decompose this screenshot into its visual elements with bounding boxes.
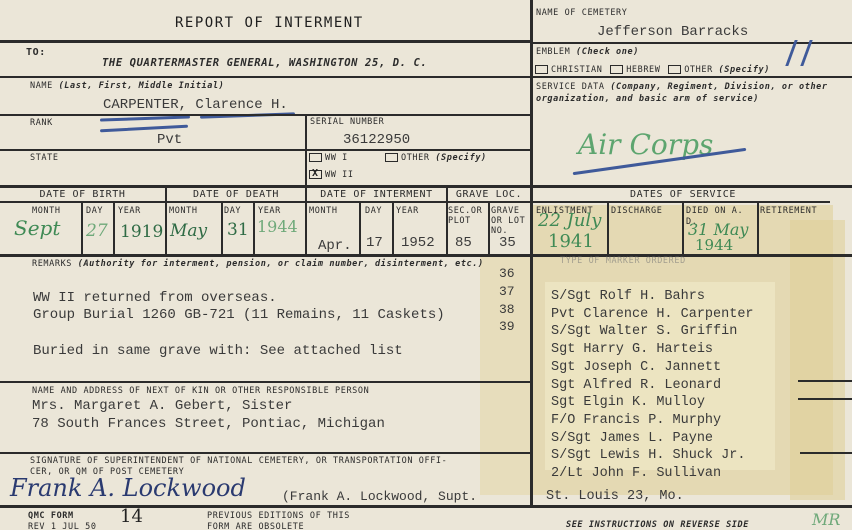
divider [0, 381, 531, 383]
list-item: Sgt Joseph C. Jannett [551, 359, 754, 377]
divider [757, 201, 759, 254]
rank-value: Pvt [157, 132, 182, 148]
divider [0, 76, 531, 78]
service-data-label: SERVICE DATA (Company, Regiment, Divisio… [536, 81, 836, 105]
dod-year-label: YEAR [258, 206, 281, 216]
list-item: 2/Lt John F. Sullivan [551, 465, 754, 483]
signature-label-1: SIGNATURE OF SUPERINTENDENT OF NATIONAL … [30, 456, 447, 466]
dob-year-value: 1919 [120, 222, 163, 242]
hebrew-checkbox[interactable] [610, 65, 623, 74]
list-item: S/Sgt Lewis H. Shuck Jr. [551, 447, 754, 465]
qmc-form-label: QMC FORM [28, 511, 74, 521]
list-item: S/Sgt Walter S. Griffin [551, 323, 754, 341]
list-item: Sgt Alfred R. Leonard [551, 377, 754, 395]
divider [253, 201, 255, 254]
cemetery-label: NAME OF CEMETERY [536, 8, 627, 18]
doi-month-label: MONTH [309, 206, 338, 216]
remarks-line-3: Buried in same grave with: See attached … [33, 343, 403, 359]
typed-signature: (Frank A. Lockwood, Supt. [282, 489, 477, 504]
extra-grave-39: 39 [499, 319, 515, 334]
list-item: Pvt Clarence H. Carpenter [551, 306, 754, 324]
dod-day-label: DAY [224, 206, 241, 216]
section-value: 85 [455, 235, 472, 251]
ww1-checkbox[interactable] [309, 153, 322, 162]
divider [488, 201, 490, 254]
divider [392, 201, 394, 254]
divider [0, 114, 531, 116]
handwritten-signature: Frank A. Lockwood [10, 474, 246, 502]
christian-label: CHRISTIAN [551, 65, 602, 75]
other-emblem-label: OTHER [684, 65, 713, 75]
dod-month-label: MONTH [169, 206, 198, 216]
remarks-label-text: REMARKS [32, 259, 72, 269]
dob-label: DATE OF BIRTH [0, 189, 165, 200]
name-label: NAME (Last, First, Middle Initial) [30, 81, 224, 91]
emblem-label-hint: (Check one) [576, 47, 639, 57]
dod-year-value: 1944 [257, 217, 298, 236]
name-label-hint: (Last, First, Middle Initial) [59, 81, 225, 91]
dob-day-label: DAY [86, 206, 103, 216]
list-item: Sgt Elgin K. Mulloy [551, 394, 754, 412]
ww1-label: WW I [325, 153, 348, 163]
war-option-other[interactable]: OTHER (Specify) [385, 153, 487, 163]
divider [221, 201, 223, 254]
form-revision: REV 1 JUL 50 [28, 522, 97, 530]
tape-strip [790, 220, 845, 500]
extra-grave-38: 38 [499, 302, 515, 317]
name-label-text: NAME [30, 81, 53, 91]
other-emblem-checkbox[interactable] [668, 65, 681, 74]
divider [682, 201, 684, 254]
doi-year-value: 1952 [401, 235, 435, 251]
next-of-kin-label: NAME AND ADDRESS OF NEXT OF KIN OR OTHER… [32, 386, 369, 396]
hebrew-label: HEBREW [626, 65, 660, 75]
dob-day-value: 27 [86, 221, 108, 241]
dates-of-service-label: DATES OF SERVICE [533, 189, 833, 200]
list-item: F/O Francis P. Murphy [551, 412, 754, 430]
ww2-label: WW II [325, 170, 354, 180]
instructions-note: SEE INSTRUCTIONS ON REVERSE SIDE [566, 520, 749, 530]
form-title: REPORT OF INTERMENT [175, 15, 364, 31]
remarks-label-hint: (Authority for interment, pension, or cl… [78, 259, 484, 269]
marker-label: TYPE OF MARKER ORDERED [560, 256, 686, 266]
dod-month-value: May [170, 221, 207, 241]
other-war-hint: (Specify) [435, 153, 486, 163]
remarks-label: REMARKS (Authority for interment, pensio… [32, 259, 530, 270]
list-item: S/Sgt James L. Payne [551, 430, 754, 448]
emblem-label: EMBLEM (Check one) [536, 47, 639, 57]
name-value: CARPENTER, Clarence H. [103, 97, 288, 113]
divider [607, 201, 609, 254]
cemetery-value: Jefferson Barracks [597, 24, 748, 40]
interment-report-form: REPORT OF INTERMENT TO: THE QUARTERMASTE… [0, 0, 852, 530]
divider [0, 185, 852, 188]
state-label: STATE [30, 153, 59, 163]
list-item: S/Sgt Rolf H. Bahrs [551, 288, 754, 306]
list-item: Sgt Harry G. Harteis [551, 341, 754, 359]
next-of-kin-line-1: Mrs. Margaret A. Gebert, Sister [32, 398, 292, 414]
war-option-ww2[interactable]: WW II [309, 170, 354, 180]
grave-value: 35 [499, 235, 516, 251]
divider [0, 40, 531, 43]
pen-strike [100, 115, 190, 121]
divider [800, 452, 852, 454]
divider [0, 149, 531, 151]
enlistment-value-2: 1941 [548, 231, 594, 252]
form-number-label: QMC FORM [28, 511, 74, 521]
enlistment-value-1: 22 July [538, 210, 601, 231]
rank-label: RANK [30, 118, 53, 128]
divider [359, 201, 361, 254]
died-value-2: 1944 [695, 236, 733, 254]
service-data-label-text: SERVICE DATA [536, 82, 605, 92]
doi-year-label: YEAR [396, 206, 419, 216]
emblem-options: CHRISTIAN HEBREW OTHER (Specify) [535, 65, 770, 75]
other-war-label: OTHER [401, 153, 430, 163]
dod-day-value: 31 [227, 220, 249, 240]
other-emblem-hint: (Specify) [719, 65, 770, 75]
serial-number-value: 36122950 [343, 132, 410, 148]
dob-month-value: Sept [14, 216, 60, 240]
war-option-ww1[interactable]: WW I [309, 153, 348, 163]
serial-number-label: SERIAL NUMBER [310, 117, 384, 127]
dod-label: DATE OF DEATH [167, 189, 305, 200]
doi-month-value: Apr. [318, 238, 352, 254]
doi-label: DATE OF INTERMENT [307, 189, 446, 200]
divider [798, 380, 852, 382]
grave-label: GRAVE OR LOT NO. [491, 206, 531, 236]
dob-month-label: MONTH [32, 206, 61, 216]
divider [81, 201, 83, 254]
corner-initials: MR [812, 510, 840, 529]
obsolete-note-1: PREVIOUS EDITIONS OF THIS [207, 511, 350, 521]
emblem-label-text: EMBLEM [536, 47, 570, 57]
same-grave-list: S/Sgt Rolf H. Bahrs Pvt Clarence H. Carp… [551, 288, 754, 483]
ww2-checkbox[interactable] [309, 170, 322, 179]
next-of-kin-line-2: 78 South Frances Street, Pontiac, Michig… [32, 416, 385, 432]
other-war-checkbox[interactable] [385, 153, 398, 162]
divider [0, 452, 531, 454]
divider [531, 76, 852, 78]
discharge-label: DISCHARGE [611, 206, 662, 216]
obsolete-note-2: FORM ARE OBSOLETE [207, 522, 304, 530]
form-number: 14 [120, 506, 143, 527]
doi-day-label: DAY [365, 206, 382, 216]
divider [0, 254, 852, 257]
section-label: SEC.OR PLOT [448, 206, 488, 226]
christian-checkbox[interactable] [535, 65, 548, 74]
cemetery-location: St. Louis 23, Mo. [546, 489, 684, 504]
divider [798, 398, 852, 400]
dob-year-label: YEAR [118, 206, 141, 216]
divider [0, 201, 830, 203]
divider [113, 201, 115, 254]
to-label: TO: [26, 47, 46, 58]
extra-grave-37: 37 [499, 284, 515, 299]
extra-grave-36: 36 [499, 266, 515, 281]
doi-day-value: 17 [366, 235, 383, 251]
remarks-line-1: WW II returned from overseas. [33, 290, 277, 306]
retirement-label: RETIREMENT [760, 206, 817, 216]
grave-loc-label: GRAVE LOC. [448, 189, 530, 200]
remarks-line-2: Group Burial 1260 GB-721 (11 Remains, 11… [33, 307, 445, 323]
to-value: THE QUARTERMASTER GENERAL, WASHINGTON 25… [102, 57, 427, 69]
